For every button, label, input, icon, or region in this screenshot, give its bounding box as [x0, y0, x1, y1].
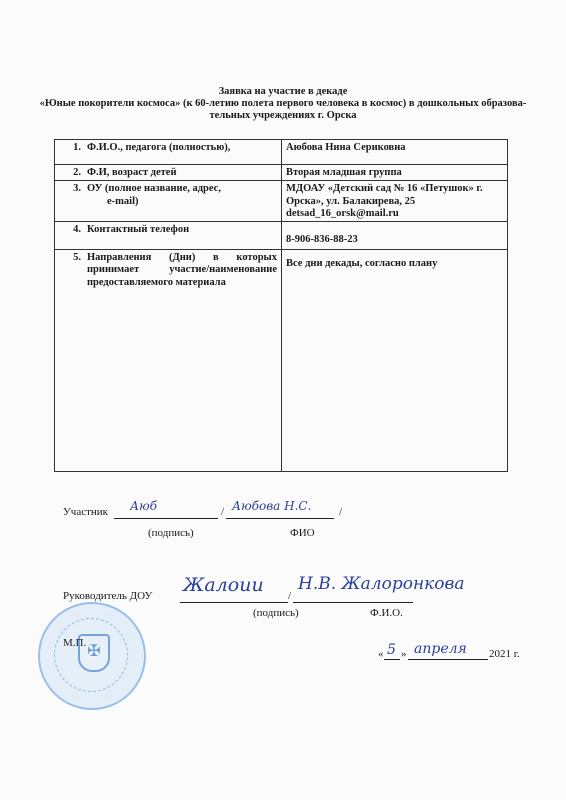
- participant-signature: Аюб: [130, 499, 157, 513]
- row-label: 2.Ф.И, возраст детей: [55, 165, 282, 181]
- participant-signature-line: [114, 518, 218, 519]
- document-title: Заявка на участие в декаде: [30, 86, 536, 98]
- row-label: 1.Ф.И.О., педагога (полностью),: [55, 140, 282, 165]
- head-signature-caption: (подпись): [253, 607, 299, 619]
- participant-label: Участник: [63, 506, 108, 518]
- row-label: 4.Контактный телефон: [55, 221, 282, 249]
- table-row: 5. Направления (Дни) в которых принимает…: [55, 249, 508, 472]
- participant-name-line: [226, 518, 334, 519]
- application-table: 1.Ф.И.О., педагога (полностью), Аюбова Н…: [54, 139, 508, 472]
- head-signature-line: [180, 602, 288, 603]
- head-signature: Жалоии: [183, 574, 264, 596]
- date-day: 5: [387, 642, 396, 658]
- participant-name: Аюбова Н.С.: [232, 499, 311, 513]
- head-name-line: [293, 602, 413, 603]
- table-row: 4.Контактный телефон 8-906-836-88-23: [55, 221, 508, 249]
- date-month: апреля: [414, 641, 467, 657]
- row-value: Вторая младшая группа: [282, 165, 508, 181]
- stamp-label: М.П.: [63, 637, 86, 649]
- row-value: Аюбова Нина Сериковна: [282, 140, 508, 165]
- head-name: Н.В. Жалоронкова: [298, 574, 465, 594]
- row-label: 3.ОУ (полное название, адрес, e-mail): [55, 181, 282, 222]
- participant-name-caption: ФИО: [290, 527, 315, 539]
- table-row: 3.ОУ (полное название, адрес, e-mail) МД…: [55, 181, 508, 222]
- table-row: 1.Ф.И.О., педагога (полностью), Аюбова Н…: [55, 140, 508, 165]
- date-year: 2021 г.: [489, 648, 520, 660]
- official-stamp: ✠: [38, 602, 146, 710]
- row-value: Все дни декады, согласно плану: [282, 249, 508, 472]
- row-label: 5. Направления (Дни) в которых принимает…: [55, 249, 282, 472]
- row-value: 8-906-836-88-23: [282, 221, 508, 249]
- participant-signature-caption: (подпись): [148, 527, 194, 539]
- table-row: 2.Ф.И, возраст детей Вторая младшая груп…: [55, 165, 508, 181]
- document-subtitle-line1: «Юные покорители космоса» (к 60-летию по…: [30, 98, 536, 110]
- head-name-caption: Ф.И.О.: [370, 607, 403, 619]
- head-label: Руководитель ДОУ: [63, 590, 152, 602]
- document-subtitle-line2: тельных учреждениях г. Орска: [30, 110, 536, 122]
- document-page: Заявка на участие в декаде «Юные покорит…: [0, 0, 566, 800]
- row-value: МДОАУ «Детский сад № 16 «Петушок» г. Орс…: [282, 181, 508, 222]
